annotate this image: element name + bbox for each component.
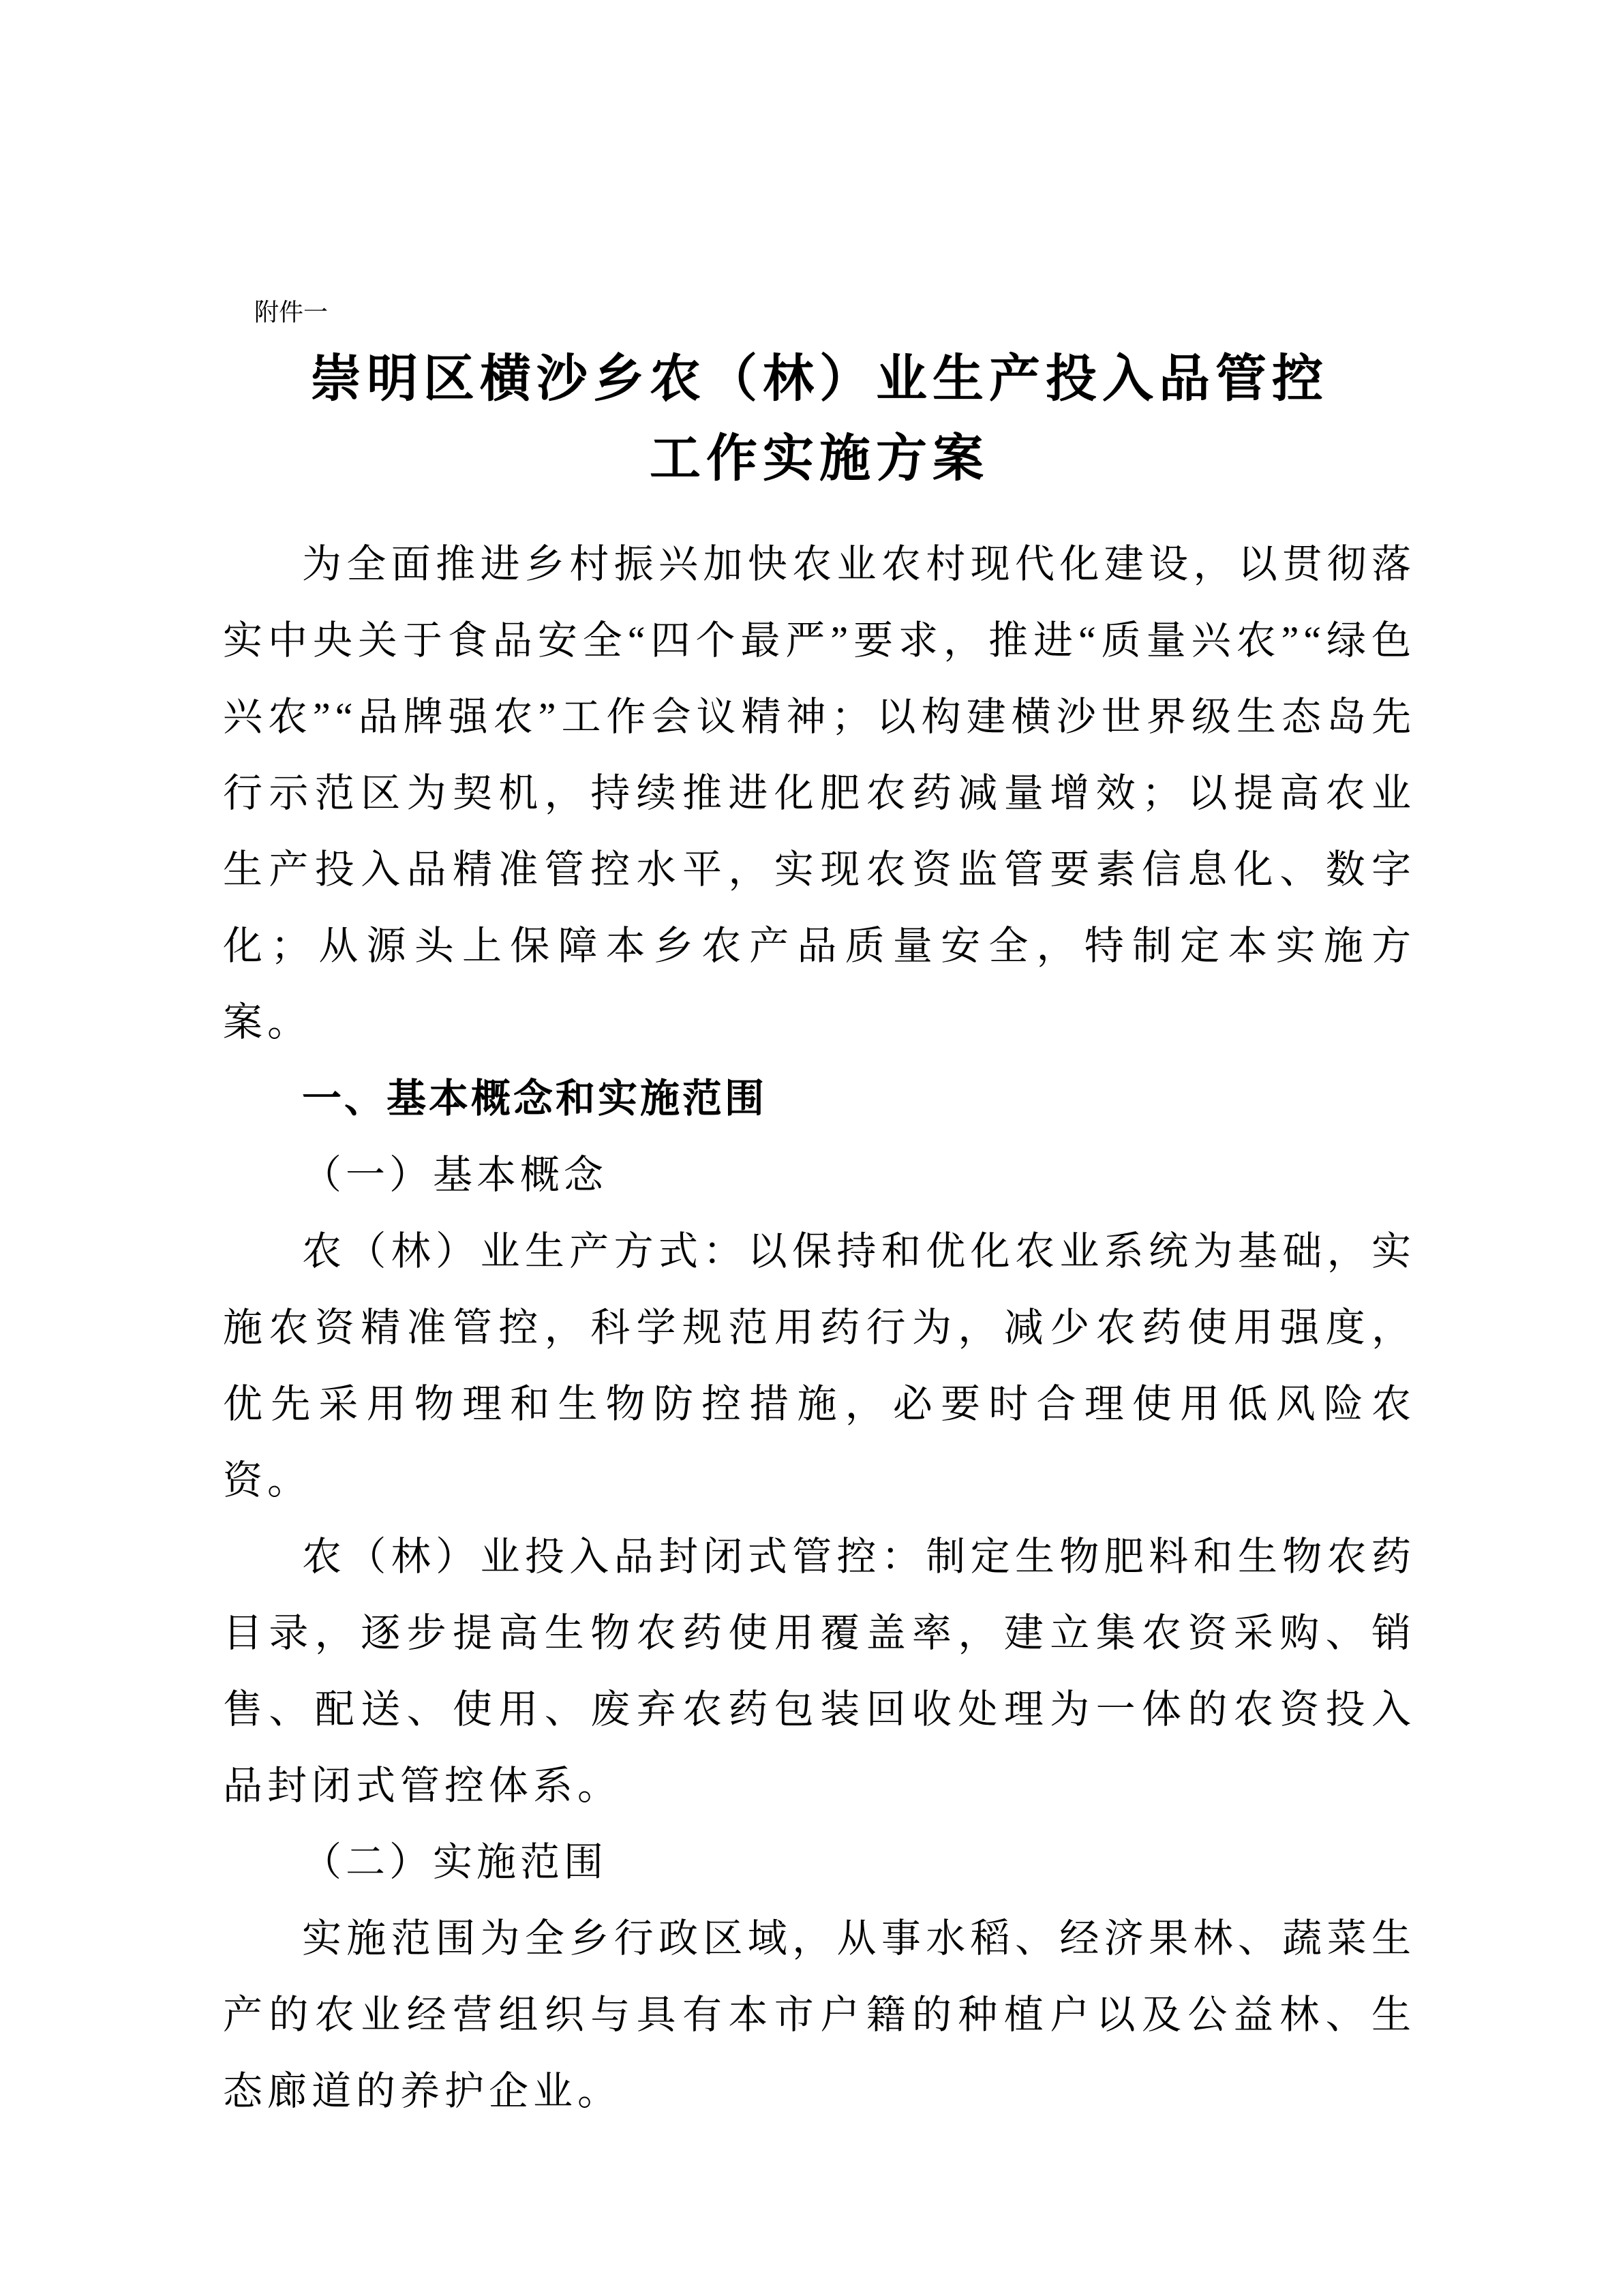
subsection-1-1-paragraph-2: 农（林）业投入品封闭式管控：制定生物肥料和生物农药目录，逐步提高生物农药使用覆盖… [223, 1519, 1416, 1824]
title-line-1: 崇明区横沙乡农（林）业生产投入品管控 [223, 339, 1416, 419]
intro-paragraph: 为全面推进乡村振兴加快农业农村现代化建设，以贯彻落实中央关于食品安全“四个最严”… [223, 526, 1416, 1061]
title-line-2: 工作实施方案 [223, 419, 1416, 499]
document-body: 为全面推进乡村振兴加快农业农村现代化建设，以贯彻落实中央关于食品安全“四个最严”… [223, 526, 1416, 2130]
subsection-1-2-paragraph-1: 实施范围为全乡行政区域，从事水稻、经济果林、蔬菜生产的农业经营组织与具有本市户籍… [223, 1901, 1416, 2130]
subsection-1-1-heading: （一）基本概念 [223, 1137, 1416, 1213]
document-page: 附件一 崇明区横沙乡农（林）业生产投入品管控 工作实施方案 为全面推进乡村振兴加… [223, 299, 1416, 2130]
attachment-label: 附件一 [254, 299, 1416, 326]
section-1-heading: 一、基本概念和实施范围 [223, 1061, 1416, 1137]
subsection-1-2-heading: （二）实施范围 [223, 1824, 1416, 1901]
subsection-1-1-paragraph-1: 农（林）业生产方式：以保持和优化农业系统为基础，实施农资精准管控，科学规范用药行… [223, 1213, 1416, 1519]
document-title: 崇明区横沙乡农（林）业生产投入品管控 工作实施方案 [223, 339, 1416, 499]
